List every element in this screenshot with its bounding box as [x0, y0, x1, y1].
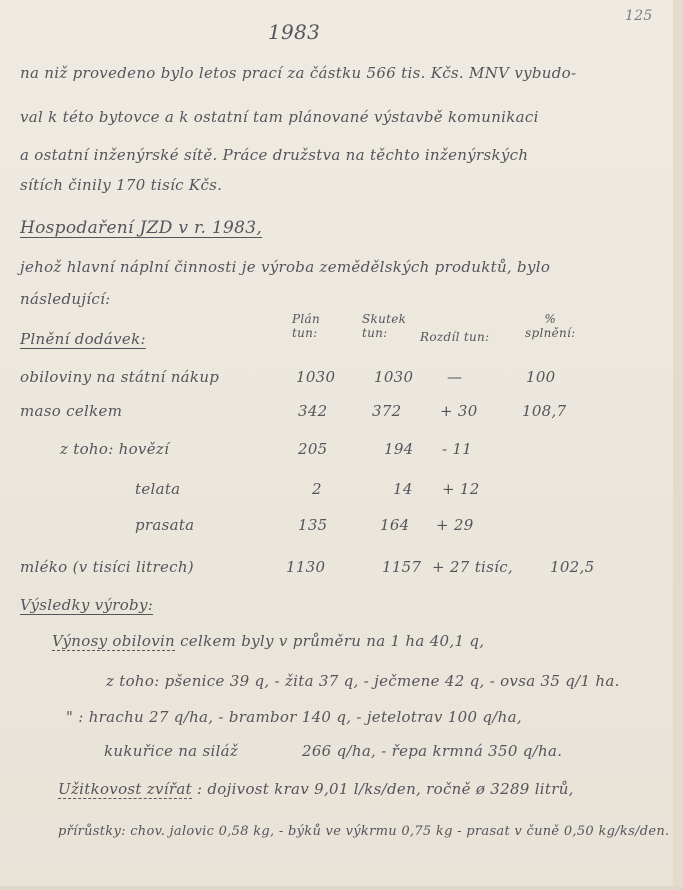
silage-label: kukuřice na siláž — [104, 742, 238, 760]
intro-line: následující: — [20, 290, 111, 308]
column-header-actual: Skutek tun: — [362, 312, 406, 340]
yields-text: celkem byly v průměru na 1 ha 40,1 q, — [180, 632, 484, 650]
livestock-text: : dojivost krav 9,01 l/ks/den, ročně ø 3… — [197, 780, 574, 798]
handwritten-chronicle-page: 1983 125 na niž provedeno bylo letos pra… — [0, 0, 683, 890]
column-header-pct: % splnění: — [525, 312, 576, 340]
page-number: 125 — [625, 8, 653, 24]
year-heading: 1983 — [268, 20, 320, 44]
livestock-line: Užitkovost zvířat : dojivost krav 9,01 l… — [58, 780, 574, 798]
paragraph-line: sítích činily 170 tisíc Kčs. — [20, 176, 222, 194]
paragraph-line: a ostatní inženýrské sítě. Práce družstv… — [20, 146, 528, 164]
section-heading: Hospodaření JZD v r. 1983, — [20, 218, 262, 238]
results-heading: Výsledky výroby: — [20, 596, 153, 614]
silage-value: 266 q/ha, - řepa krmná 350 q/ha. — [302, 742, 562, 760]
paragraph-line: na niž provedeno bylo letos prací za čás… — [20, 64, 576, 82]
other-crops-line: " : hrachu 27 q/ha, - brambor 140 q, - j… — [66, 708, 522, 726]
paragraph-line: val k této bytovce a k ostatní tam pláno… — [20, 108, 539, 126]
table-label: Plnění dodávek: — [20, 330, 146, 348]
yields-label: Výnosy obilovin — [52, 632, 175, 651]
cereals-line: z toho: pšenice 39 q, - žita 37 q, - ječ… — [106, 672, 620, 690]
column-header-diff: Rozdíl tun: — [420, 330, 489, 344]
page-edge — [673, 0, 683, 890]
column-header-plan: Plán tun: — [292, 312, 320, 340]
gains-line: přírůstky: chov. jalovic 0,58 kg, - býků… — [58, 824, 669, 839]
intro-line: jehož hlavní náplní činnosti je výroba z… — [20, 258, 550, 276]
livestock-label: Užitkovost zvířat — [58, 780, 192, 799]
page-edge-bottom — [0, 886, 683, 890]
yields-line: Výnosy obilovin celkem byly v průměru na… — [52, 632, 484, 650]
